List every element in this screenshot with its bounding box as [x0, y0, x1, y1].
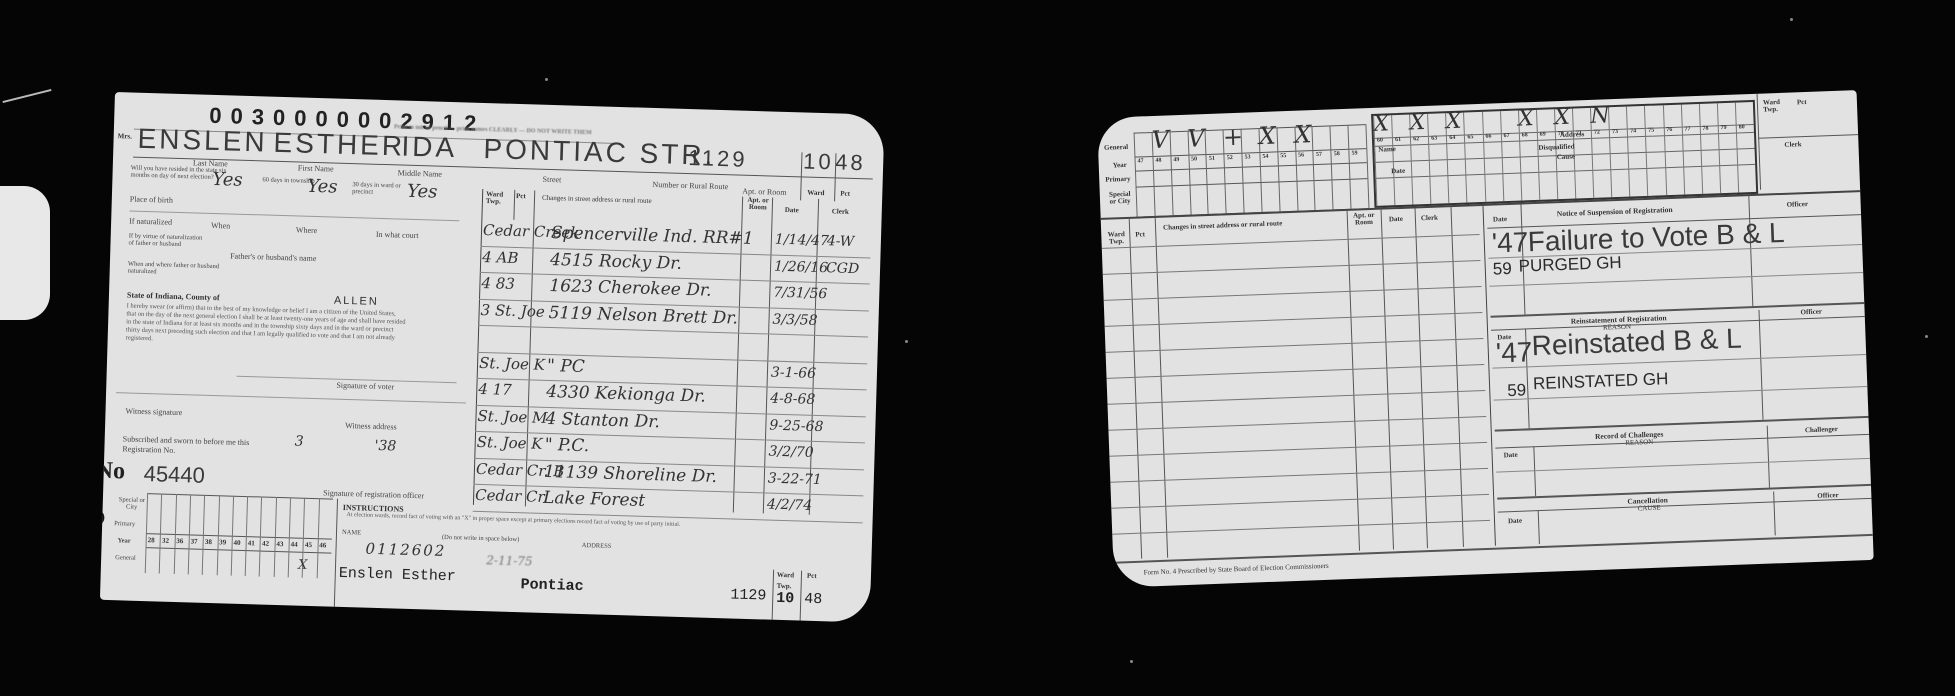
vote-mark: V: [1151, 125, 1169, 154]
label-place-of-birth: Place of birth: [130, 194, 173, 204]
address-cell: 4 Stanton Dr.: [545, 408, 660, 431]
grid-line: [216, 495, 219, 575]
grid-label-general: General: [115, 554, 136, 562]
year-label: 61: [1395, 137, 1401, 143]
address-cell: Lake Forest: [543, 488, 646, 511]
ward-cell: 4 83: [481, 274, 515, 293]
challenger-label: Challenger: [1805, 425, 1838, 434]
suspension-date-1: '47: [1491, 226, 1529, 259]
grid-line: [1365, 124, 1369, 208]
ward-value: 10: [803, 148, 834, 175]
label-signature-voter: Signature of voter: [336, 381, 394, 392]
grid-line: [188, 494, 191, 574]
row-divider: [1105, 312, 1483, 327]
year-label: 55: [1280, 153, 1286, 159]
address-cell: " P.C.: [544, 435, 589, 456]
row-divider: [1106, 338, 1484, 353]
subscribed-day: 3: [294, 433, 303, 449]
clerk-cell: 4-W: [827, 233, 855, 250]
label-registration-no: Registration No.: [122, 444, 175, 455]
header-pct-back: Pct: [1797, 98, 1807, 106]
back-header-pct: Pct: [1135, 230, 1145, 238]
pct-value: 48: [835, 149, 866, 176]
vote-mark: X: [1409, 110, 1426, 136]
row-divider: [1104, 286, 1482, 301]
grid2-label-name: Name: [1378, 145, 1396, 154]
vote-mark: N: [1590, 103, 1610, 129]
punch-hole: [100, 509, 105, 525]
vote-mark: X: [298, 558, 308, 573]
answer-township: Yes: [307, 176, 338, 198]
title-prefix: Mrs.: [118, 132, 132, 140]
header-clerk-back: Clerk: [1784, 140, 1801, 149]
vote-mark: +: [1223, 123, 1244, 152]
date-cell: 1/14/47: [775, 232, 829, 250]
year-label: 51: [1209, 156, 1215, 162]
vote-mark: X: [1445, 109, 1462, 135]
year-label: 76: [1666, 127, 1672, 133]
label-street: Street: [542, 175, 561, 185]
year-label: 78: [1702, 126, 1708, 132]
year-label: 69: [1540, 132, 1546, 138]
year-label: 64: [1449, 135, 1455, 141]
subscribed-year: '38: [374, 438, 396, 455]
label-middle-name: Middle Name: [398, 168, 442, 178]
grid-line: [173, 494, 176, 574]
typed-name: Enslen Esther: [339, 565, 456, 585]
vote-mark: X: [1258, 121, 1276, 150]
address-cell: 11139 Shoreline Dr.: [544, 461, 718, 486]
year-label: 65: [1467, 134, 1473, 140]
address-cell: 1623 Cherokee Dr.: [549, 276, 712, 301]
address-cell: 4515 Rocky Dr.: [550, 249, 682, 273]
row-divider: [1107, 390, 1485, 405]
back-header-ward-twp: Ward Twp.: [1105, 231, 1127, 246]
date-cell: 4-8-68: [770, 391, 816, 408]
reinstatement-date-2: 59: [1507, 380, 1527, 401]
label-witness-address: Witness address: [345, 421, 397, 432]
dust-speck: [1925, 335, 1928, 338]
cancellation-date-label: Date: [1508, 517, 1522, 526]
year-label: 52: [1227, 155, 1233, 161]
year-label: 60: [1377, 138, 1383, 144]
year-label: 57: [1316, 152, 1322, 158]
ward-cell: St. Joe K: [477, 433, 543, 453]
grid-label-special: Special or City: [117, 496, 147, 511]
vote-mark: X: [1294, 120, 1312, 149]
row-divider: [1102, 234, 1480, 249]
reinstatement-officer-label: Officer: [1800, 308, 1822, 317]
address-cell: " PC: [547, 355, 585, 376]
label-officer-signature: Signature of registration officer: [323, 488, 424, 500]
row-divider: [1107, 364, 1485, 379]
year-label: 54: [1262, 154, 1268, 160]
date-cell: 3/2/70: [768, 444, 814, 461]
answer-state: Yes: [212, 169, 243, 191]
row-divider: [1112, 520, 1490, 535]
id-number: 0112602: [365, 540, 446, 560]
label-pct-bottom: Pct: [807, 572, 817, 580]
grid-line: [1205, 130, 1209, 214]
header-date: Date: [785, 206, 799, 214]
label-where: Where: [296, 225, 318, 235]
year-label: 77: [1684, 126, 1690, 132]
ward-cell: 4 17: [478, 380, 512, 399]
typed-city: Pontiac: [520, 576, 583, 595]
film-edge-artifact: [0, 186, 50, 320]
label-naturalized: If naturalized: [129, 216, 172, 226]
county-value: ALLEN: [334, 295, 379, 308]
grid-line: [259, 497, 262, 577]
label-parent-naturalization: If by virtue of naturalization of father…: [128, 232, 203, 248]
row-divider: [1108, 416, 1486, 431]
address-changes-table: Ward Twp. Pct Changes in street address …: [472, 189, 873, 562]
row-divider: [1109, 442, 1487, 457]
clerk-cell: CGD: [826, 260, 860, 277]
header-apt: Apt. or Room: [746, 197, 770, 212]
grid2-label-address: Address: [1560, 130, 1585, 139]
grid-line: [1312, 126, 1316, 210]
header-clerk: Clerk: [832, 207, 849, 216]
row-divider: [1103, 260, 1481, 275]
ward-cell: Cedar Cr.: [475, 486, 548, 506]
grid-line: [1348, 125, 1352, 209]
grid-line: [1276, 127, 1280, 211]
date-cell: 4/2/74: [767, 497, 813, 514]
year-label: 74: [1630, 128, 1636, 134]
header-ward-twp: Ward Twp.: [486, 191, 512, 206]
dust-speck: [545, 78, 548, 81]
date-cell: 3-1-66: [771, 364, 817, 381]
number-prefix: No: [100, 458, 126, 486]
back-header-apt: Apt. or Room: [1351, 212, 1377, 227]
date-cell: 3/3/58: [772, 311, 818, 328]
label-father-name: Father's or husband's name: [230, 251, 316, 263]
year-label: 75: [1648, 128, 1654, 134]
year-label: 47: [1138, 158, 1144, 164]
suspension-date-label: Date: [1493, 215, 1507, 224]
status-panel: Date Notice of Suspension of Registratio…: [1486, 192, 1872, 545]
scratch-artifact: [3, 89, 52, 103]
back-header-address-change: Changes in street address or rural route: [1163, 219, 1282, 231]
grid-label-primary: Primary: [114, 520, 135, 528]
year-label: 58: [1334, 151, 1340, 157]
year-label: 67: [1503, 133, 1509, 139]
year-label: 53: [1245, 154, 1251, 160]
vote-mark: X: [1518, 106, 1535, 132]
grid1-label-primary: Primary: [1105, 175, 1131, 184]
grid-line: [273, 497, 276, 577]
back-header-date: Date: [1389, 215, 1403, 224]
answer-ward: Yes: [407, 181, 438, 203]
ward-cell: 4 AB: [482, 247, 519, 266]
label-witness-signature: Witness signature: [125, 406, 182, 417]
row-divider: [1110, 468, 1488, 483]
date-cell: 1/26/16: [774, 258, 828, 276]
reinstatement-date-1: '47: [1495, 336, 1533, 369]
year-label: 72: [1594, 130, 1600, 136]
grid-line: [159, 494, 162, 574]
year-label: 66: [1485, 134, 1491, 140]
suspension-reason-2: PURGED GH: [1518, 253, 1622, 277]
address-cell: 5119 Nelson Brett Dr.: [548, 302, 738, 328]
label-father-naturalized: When and where father or husband natural…: [128, 260, 223, 277]
date-cell: 9-25-68: [769, 417, 823, 435]
grid-line: [288, 497, 291, 577]
grid2-label-cause: Cause: [1557, 153, 1576, 162]
registration-card-front: 0030000002912 Print in ink or pencil — p…: [100, 92, 885, 623]
vote-mark: X: [1373, 111, 1390, 137]
dust-speck: [1130, 660, 1133, 663]
oath-county-label: State of Indiana, County of: [127, 290, 220, 302]
ward-cell: St. Joe M: [477, 406, 547, 426]
label-ward: Ward: [807, 189, 824, 198]
dust-speck: [905, 340, 908, 343]
last-name-value: ENSLEN: [137, 123, 268, 159]
ward-cell: 3 St. Joe: [480, 300, 545, 320]
middle-name-value: IDA: [401, 131, 458, 165]
typed-pct: 48: [804, 591, 823, 609]
grid2-label-date: Date: [1391, 167, 1405, 176]
first-name-value: ESTHER: [273, 127, 405, 163]
address-cell: 4330 Kekionga Dr.: [546, 382, 706, 407]
label-ward-bottom: Ward: [777, 571, 794, 580]
vote-mark: X: [1554, 105, 1571, 131]
label-pct: Pct: [840, 190, 850, 198]
year-label: 63: [1431, 136, 1437, 142]
grid2-label-disqualified: Disqualified: [1538, 143, 1574, 152]
grid1-label-year: Year: [1113, 161, 1127, 170]
back-header-clerk: Clerk: [1421, 214, 1438, 223]
grid-line: [245, 496, 248, 576]
header-ward-twp-back: Ward Twp.: [1763, 99, 1789, 114]
registration-card-back: General Year Primary Special or City 474…: [1097, 90, 1874, 588]
oath-text: I hereby swear (or affirm) that to the b…: [126, 302, 407, 350]
row-divider: [1111, 494, 1489, 509]
year-label: 49: [1173, 157, 1179, 163]
suspension-date-2: 59: [1492, 259, 1512, 280]
grid-label-year: Year: [118, 537, 131, 544]
reinstatement-reason-2: REINSTATED GH: [1533, 369, 1669, 394]
typed-ward: 10: [776, 590, 795, 608]
suspension-reason-1: Failure to Vote B & L: [1527, 217, 1785, 258]
suspension-title: Notice of Suspension of Registration: [1557, 205, 1673, 218]
year-label: 68: [1522, 132, 1528, 138]
grid-line: [202, 495, 205, 575]
voting-record-grid-2: 6061626364656667686970717273747576777879…: [1097, 90, 1856, 118]
house-number-value: 1129: [688, 145, 748, 173]
grid1-label-general: General: [1104, 143, 1128, 152]
year-label: 73: [1612, 129, 1618, 135]
grid-line: [1169, 131, 1173, 215]
address-changes-table-back: Ward Twp. Pct Changes in street address …: [1101, 206, 1491, 560]
form-footer: Form No. 4 Prescribed by State Board of …: [1144, 562, 1329, 577]
label-court: In what court: [376, 230, 419, 240]
grid-line: [1375, 164, 1755, 179]
header-pct: Pct: [516, 192, 526, 200]
header-address-change: Changes in street address or rural route: [542, 194, 652, 205]
challenges-date-label: Date: [1503, 451, 1517, 460]
grid-line: [316, 498, 319, 578]
grid-line: [231, 496, 234, 576]
label-name: NAME: [342, 529, 361, 537]
reinstatement-reason-1: Reinstated B & L: [1531, 323, 1742, 363]
dust-speck: [1790, 18, 1793, 21]
label-when: When: [211, 221, 230, 231]
year-label: 48: [1155, 158, 1161, 164]
year-label: 59: [1352, 150, 1358, 156]
grid1-label-special: Special or City: [1106, 191, 1134, 206]
registration-number: 45440: [143, 461, 205, 489]
vote-mark: V: [1187, 124, 1205, 153]
ward-cell: St. Joe K: [479, 353, 545, 373]
date-cell: 3-22-71: [768, 470, 822, 488]
address-cell: Spencerville Ind. RR#1: [551, 223, 754, 249]
grid-line: [1330, 125, 1334, 209]
label-first-name: First Name: [298, 163, 334, 173]
year-label: 62: [1413, 136, 1419, 142]
year-label: 56: [1298, 152, 1304, 158]
date-cell: 7/31/56: [773, 285, 827, 303]
typed-house-number: 1129: [730, 586, 767, 604]
suspension-officer-label: Officer: [1786, 200, 1808, 209]
handwritten-date: 2-11-75: [486, 553, 533, 568]
year-label: 80: [1739, 124, 1745, 130]
street-value: PONTIAC STR.: [483, 133, 716, 172]
year-label: 50: [1191, 156, 1197, 162]
label-number: Number or Rural Route: [652, 180, 728, 191]
year-label: 79: [1720, 125, 1726, 131]
